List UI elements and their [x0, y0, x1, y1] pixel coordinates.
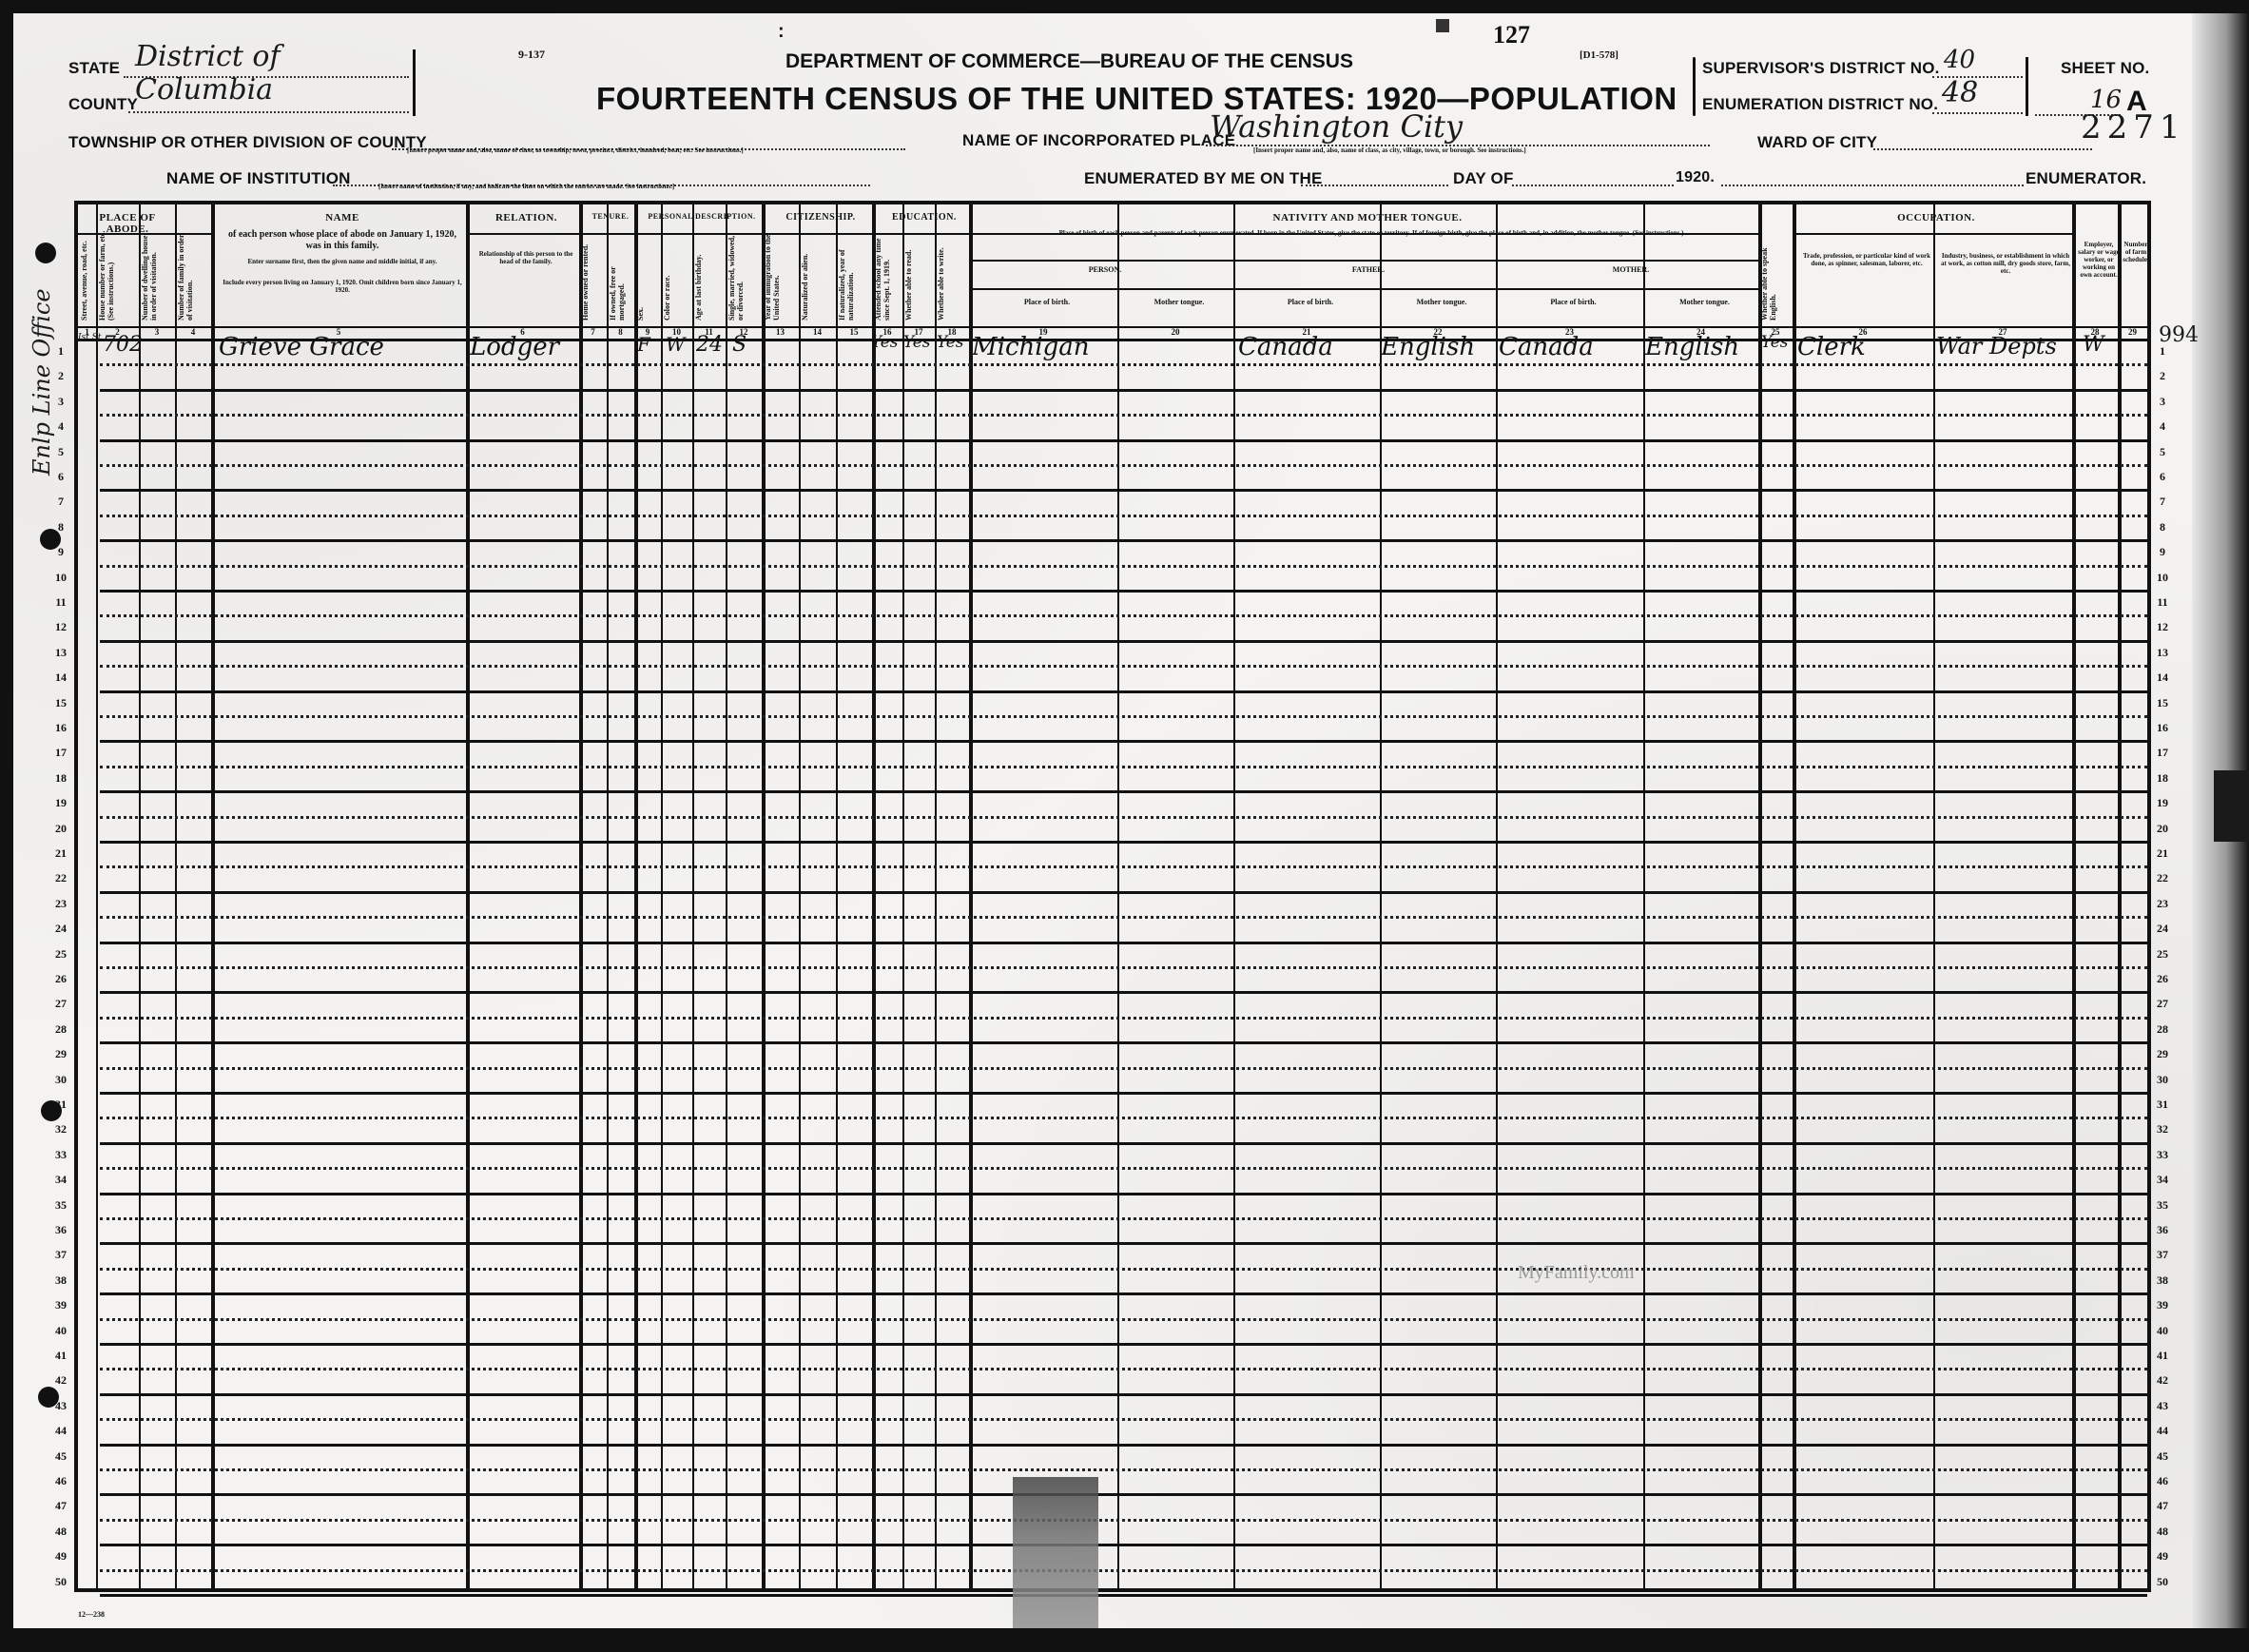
- line-number: 33: [2151, 1148, 2174, 1162]
- column-divider: [1496, 204, 1498, 1588]
- ward-label: WARD OF CITY: [1757, 133, 1877, 152]
- line-number: 11: [49, 595, 72, 610]
- row-divider: [583, 233, 1762, 235]
- line-number: 28: [49, 1022, 72, 1037]
- row-divider: [100, 1117, 2147, 1119]
- cell-able-to-read[interactable]: Yes: [903, 333, 931, 352]
- row-divider: [100, 1193, 2147, 1195]
- bracket: [413, 49, 416, 116]
- line-number: 41: [2151, 1349, 2174, 1363]
- line-number: 28: [2151, 1022, 2174, 1037]
- row-divider: [100, 590, 2147, 593]
- line-number: 49: [49, 1549, 72, 1564]
- line-number: 37: [2151, 1248, 2174, 1262]
- vertical-column-header: Whether able to read.: [904, 229, 933, 321]
- column-divider: [2072, 204, 2076, 1588]
- line-number: 41: [49, 1349, 72, 1363]
- vertical-column-header: Single, married, widowed, or divorced.: [727, 229, 760, 321]
- citizenship-heading: CITIZENSHIP.: [766, 212, 876, 223]
- line-number: 47: [2151, 1499, 2174, 1513]
- vertical-column-header: Year of immigration to the United States…: [764, 229, 797, 321]
- father-place-of-birth: Place of birth.: [1237, 298, 1384, 306]
- column-number: 15: [836, 327, 872, 337]
- column-divider: [836, 204, 838, 1588]
- line-number: 43: [2151, 1399, 2174, 1413]
- line-number: 37: [49, 1248, 72, 1262]
- line-number: 31: [2151, 1098, 2174, 1112]
- row-divider: [100, 841, 2147, 844]
- department-heading: DEPARTMENT OF COMMERCE—BUREAU OF THE CEN…: [785, 50, 1353, 73]
- column-divider: [902, 204, 904, 1588]
- column-number: 14: [799, 327, 836, 337]
- line-number: 40: [49, 1324, 72, 1338]
- scan-border-top: [0, 0, 2249, 13]
- watermark: MyFamily.com: [1518, 1262, 1635, 1284]
- occupation-industry-desc: Industry, business, or establishment in …: [1940, 252, 2071, 275]
- line-number: 23: [2151, 897, 2174, 911]
- cell-attended-school[interactable]: Yes: [871, 333, 899, 352]
- row-divider: [100, 1493, 2147, 1496]
- column-divider: [1117, 204, 1119, 1588]
- ward-field[interactable]: [1873, 135, 2092, 150]
- row-divider: [100, 464, 2147, 467]
- year-label: 1920.: [1676, 169, 1715, 186]
- column-divider: [2118, 204, 2122, 1588]
- line-number: 7: [49, 495, 72, 509]
- line-number: 18: [2151, 771, 2174, 786]
- line-number: 1: [2151, 344, 2174, 359]
- line-number: 45: [2151, 1449, 2174, 1464]
- line-number: 20: [2151, 822, 2174, 836]
- line-number: 48: [2151, 1525, 2174, 1539]
- line-number: 17: [2151, 746, 2174, 760]
- vertical-column-header: Attended school any time since Sept. 1, …: [874, 229, 901, 321]
- enumeration-value: 48: [1942, 76, 1978, 109]
- personal-description-heading: PERSONAL DESCRIPTION.: [638, 212, 766, 221]
- line-number: 19: [2151, 796, 2174, 810]
- line-number: 2: [2151, 369, 2174, 383]
- line-number: 11: [2151, 595, 2174, 610]
- page-stamp-number: 127: [1493, 21, 1530, 49]
- line-number: 14: [49, 671, 72, 685]
- column-divider: [139, 204, 141, 1588]
- line-number: 9: [2151, 545, 2174, 559]
- line-number: 15: [2151, 696, 2174, 710]
- line-number: 5: [2151, 445, 2174, 459]
- line-number: 25: [49, 947, 72, 962]
- line-number: 17: [49, 746, 72, 760]
- county-field[interactable]: [128, 95, 409, 113]
- enumerator-label: ENUMERATOR.: [2026, 169, 2146, 188]
- tenure-heading: TENURE.: [583, 212, 638, 221]
- column-number: 8: [607, 327, 634, 337]
- row-divider: [973, 288, 1762, 290]
- cell-sex[interactable]: F: [637, 333, 650, 356]
- paper-stamp-artifact: [1013, 1477, 1098, 1652]
- line-number: 32: [49, 1122, 72, 1137]
- line-number: 9: [49, 545, 72, 559]
- line-number: 38: [2151, 1273, 2174, 1288]
- row-divider: [100, 640, 2147, 643]
- occupation-heading: OCCUPATION.: [1796, 212, 2076, 224]
- line-number: 35: [49, 1198, 72, 1213]
- enumeration-label: ENUMERATION DISTRICT NO.: [1702, 95, 1938, 114]
- cell-relation[interactable]: Lodger: [470, 333, 559, 361]
- line-number: 13: [2151, 646, 2174, 660]
- bracket-left: [1693, 57, 1696, 116]
- sheet-label: SHEET NO.: [2061, 59, 2149, 78]
- township-label: TOWNSHIP OR OTHER DIVISION OF COUNTY: [68, 133, 427, 152]
- row-divider: [100, 942, 2147, 944]
- row-divider: [100, 539, 2147, 542]
- line-number: 2: [49, 369, 72, 383]
- line-number: 24: [49, 922, 72, 936]
- form-number: 9-137: [518, 48, 545, 62]
- line-number: 4: [2151, 419, 2174, 434]
- line-number: 27: [49, 997, 72, 1011]
- column-divider: [692, 204, 694, 1588]
- enumerated-day-field[interactable]: [1301, 171, 1448, 186]
- supervisor-label: SUPERVISOR'S DISTRICT NO.: [1702, 59, 1940, 78]
- person-mother-tongue: Mother tongue.: [1121, 298, 1237, 306]
- line-number: 38: [49, 1273, 72, 1288]
- row-divider: [100, 363, 2147, 366]
- column-divider: [1793, 204, 1796, 1588]
- line-number: 35: [2151, 1198, 2174, 1213]
- row-divider: [100, 1544, 2147, 1546]
- line-number: 4: [49, 419, 72, 434]
- line-number: 13: [49, 646, 72, 660]
- name-heading: NAME: [215, 212, 470, 224]
- cell-mother-mother-tongue[interactable]: English: [1645, 333, 1739, 361]
- form-title: FOURTEENTH CENSUS OF THE UNITED STATES: …: [596, 81, 1677, 117]
- supervisor-value: 40: [1944, 46, 1975, 74]
- row-divider: [100, 1368, 2147, 1370]
- cell-age[interactable]: 24: [696, 333, 723, 357]
- line-number: 25: [2151, 947, 2174, 962]
- stamp-mark: [1436, 19, 1449, 32]
- occupation-employer-desc: Employer, salary or wage worker, or work…: [2077, 241, 2121, 279]
- line-number: 39: [2151, 1298, 2174, 1312]
- row-divider: [100, 715, 2147, 718]
- handwritten-reference: 2271: [2081, 108, 2186, 146]
- line-number: 18: [49, 771, 72, 786]
- line-number: 43: [49, 1399, 72, 1413]
- line-number: 3: [2151, 395, 2174, 409]
- scan-border-left: [0, 0, 13, 1652]
- state-label: STATE: [68, 59, 120, 78]
- line-number: 47: [49, 1499, 72, 1513]
- row-divider: [100, 1393, 2147, 1396]
- row-divider: [100, 1594, 2147, 1597]
- row-divider: [100, 439, 2147, 442]
- row-divider: [100, 1067, 2147, 1070]
- column-divider: [935, 204, 937, 1588]
- cell-name[interactable]: Grieve Grace: [219, 333, 384, 361]
- line-number: 22: [49, 871, 72, 885]
- institution-note: [Insert name of institution, if any, and…: [378, 183, 873, 191]
- relation-description: Relationship of this person to the head …: [475, 250, 576, 265]
- row-divider: [100, 1167, 2147, 1170]
- incorporated-label: NAME OF INCORPORATED PLACE: [962, 131, 1235, 150]
- row-divider: [100, 816, 2147, 819]
- line-number: 10: [2151, 571, 2174, 585]
- name-description: of each person whose place of abode on J…: [221, 229, 464, 252]
- township-note: [Insert proper name and, also, name of c…: [407, 146, 921, 155]
- enumerated-month-field[interactable]: [1512, 171, 1674, 186]
- cell-father-birthplace[interactable]: Canada: [1238, 333, 1333, 361]
- enumeration-field[interactable]: 48: [1932, 91, 2023, 114]
- column-divider: [1233, 204, 1235, 1588]
- supervisor-field[interactable]: 40: [1932, 55, 2023, 78]
- line-number: 19: [49, 796, 72, 810]
- column-divider: [1758, 204, 1762, 1588]
- cell-industry[interactable]: War Depts: [1936, 333, 2057, 360]
- line-number: 10: [49, 571, 72, 585]
- row-divider: [100, 1444, 2147, 1447]
- row-divider: [100, 1017, 2147, 1020]
- line-number: 7: [2151, 495, 2174, 509]
- row-divider: [100, 966, 2147, 969]
- name-include-note: Include every person living on January 1…: [221, 279, 464, 294]
- line-number: 16: [2151, 721, 2174, 735]
- cell-mother-birthplace[interactable]: Canada: [1499, 333, 1594, 361]
- row-divider: [100, 1468, 2147, 1471]
- column-number: 4: [175, 327, 211, 337]
- line-number: 46: [49, 1474, 72, 1488]
- column-number: 7: [579, 327, 607, 337]
- row-divider: [100, 1217, 2147, 1220]
- line-number: 27: [2151, 997, 2174, 1011]
- row-divider: [100, 1318, 2147, 1321]
- row-divider: [100, 665, 2147, 668]
- row-divider: [470, 233, 583, 235]
- line-number: 42: [49, 1373, 72, 1388]
- line-number: 3: [49, 395, 72, 409]
- relation-heading: RELATION.: [470, 212, 583, 224]
- line-number: 31: [49, 1098, 72, 1112]
- line-number: 6: [2151, 470, 2174, 484]
- line-number: 40: [2151, 1324, 2174, 1338]
- column-divider: [726, 204, 727, 1588]
- row-divider: [100, 1242, 2147, 1245]
- vertical-column-header: Number of family in order of visitation.: [177, 229, 209, 321]
- column-number: 13: [762, 327, 799, 337]
- line-number: 21: [2151, 846, 2174, 861]
- line-number: 24: [2151, 922, 2174, 936]
- column-divider: [466, 204, 470, 1588]
- form-code: [D1-578]: [1580, 49, 1619, 61]
- vertical-column-header: Whether able to write.: [937, 229, 967, 321]
- line-number: 50: [49, 1575, 72, 1589]
- mother-heading: MOTHER.: [1500, 265, 1762, 274]
- row-divider: [100, 1041, 2147, 1044]
- row-divider: [100, 1142, 2147, 1145]
- person-place-of-birth: Place of birth.: [973, 298, 1121, 306]
- father-heading: FATHER.: [1237, 265, 1500, 274]
- row-divider: [100, 1343, 2147, 1346]
- column-divider: [175, 204, 177, 1588]
- footer-code: 12—238: [78, 1610, 105, 1619]
- line-number: 42: [2151, 1373, 2174, 1388]
- vertical-column-header: House number or farm, etc. (See instruct…: [98, 229, 137, 321]
- column-divider: [634, 204, 638, 1588]
- line-number: 44: [49, 1424, 72, 1438]
- line-number: 5: [49, 445, 72, 459]
- cell-speak-english[interactable]: Yes: [1761, 333, 1789, 352]
- row-divider: [100, 489, 2147, 492]
- column-divider: [1643, 204, 1645, 1588]
- row-divider: [100, 1292, 2147, 1295]
- line-number: 20: [49, 822, 72, 836]
- row-divider: [1796, 233, 2076, 235]
- row-divider: [100, 690, 2147, 693]
- row-divider: [100, 891, 2147, 894]
- vertical-column-header: Number of dwelling house in order of vis…: [141, 229, 173, 321]
- state-field[interactable]: District of Columbia: [124, 48, 409, 78]
- cell-trade[interactable]: Clerk: [1797, 333, 1866, 361]
- incorporated-field[interactable]: Washington City: [1206, 131, 1710, 146]
- row-divider: [100, 565, 2147, 568]
- row-divider: [100, 991, 2147, 994]
- column-divider: [969, 204, 973, 1588]
- column-divider: [1380, 204, 1382, 1588]
- line-number: 21: [49, 846, 72, 861]
- column-divider: [661, 204, 663, 1588]
- corner-mark: :: [778, 21, 785, 43]
- column-divider: [96, 204, 98, 1588]
- incorporated-value: Washington City: [1210, 108, 1463, 145]
- row-divider: [100, 740, 2147, 743]
- line-number: 26: [2151, 972, 2174, 986]
- vertical-column-header: Street, avenue, road, etc.: [80, 229, 94, 321]
- line-number: 15: [49, 696, 72, 710]
- line-number: 33: [49, 1148, 72, 1162]
- line-number: 30: [49, 1073, 72, 1087]
- line-number: 45: [49, 1449, 72, 1464]
- row-divider: [100, 1569, 2147, 1572]
- line-number: 44: [2151, 1424, 2174, 1438]
- line-number: 8: [2151, 520, 2174, 534]
- column-divider: [211, 204, 215, 1588]
- row-divider: [100, 766, 2147, 768]
- line-number: 12: [2151, 620, 2174, 634]
- row-divider: [100, 790, 2147, 793]
- line-number: 30: [2151, 1073, 2174, 1087]
- cell-street[interactable]: Ist St: [78, 333, 97, 342]
- line-number: 16: [49, 721, 72, 735]
- vertical-column-header: Color or race.: [663, 229, 690, 321]
- name-instruction: Enter surname first, then the given name…: [221, 258, 464, 265]
- tab-shadow: [2214, 770, 2249, 842]
- row-divider: [100, 515, 2147, 517]
- line-number: 6: [49, 470, 72, 484]
- row-divider: [100, 1268, 2147, 1271]
- column-divider: [607, 204, 609, 1588]
- vertical-column-header: If naturalized, year of naturalization.: [838, 229, 870, 321]
- cell-birthplace[interactable]: Michigan: [972, 333, 1089, 361]
- line-number: 48: [49, 1525, 72, 1539]
- line-number: 22: [2151, 871, 2174, 885]
- day-of-label: DAY OF: [1453, 169, 1514, 188]
- column-divider: [1933, 204, 1935, 1588]
- line-number: 32: [2151, 1122, 2174, 1137]
- row-divider: [100, 1418, 2147, 1421]
- row-divider: [100, 916, 2147, 919]
- column-divider: [762, 204, 766, 1588]
- row-divider: [100, 389, 2147, 392]
- mother-place-of-birth: Place of birth.: [1500, 298, 1647, 306]
- line-number: 34: [49, 1173, 72, 1187]
- person-heading: PERSON.: [973, 265, 1237, 274]
- line-number: 12: [49, 620, 72, 634]
- line-number: 26: [49, 972, 72, 986]
- binder-hole: [35, 243, 56, 263]
- line-number: 23: [49, 897, 72, 911]
- line-number: 49: [2151, 1549, 2174, 1564]
- column-divider: [872, 204, 876, 1588]
- cell-marital[interactable]: S: [732, 333, 746, 357]
- row-divider: [973, 260, 1762, 262]
- education-heading: EDUCATION.: [876, 212, 973, 223]
- cell-color[interactable]: W: [666, 333, 686, 356]
- row-divider: [100, 614, 2147, 617]
- line-number: 36: [2151, 1223, 2174, 1237]
- cell-father-tongue[interactable]: English: [1381, 333, 1475, 361]
- row-divider: [100, 1092, 2147, 1095]
- column-divider: [579, 204, 583, 1588]
- vertical-column-header: Sex.: [636, 229, 659, 321]
- line-number: 46: [2151, 1474, 2174, 1488]
- father-mother-tongue: Mother tongue.: [1384, 298, 1500, 306]
- farm-schedule-desc: Number of farm schedule.: [2123, 241, 2149, 263]
- line-number: 14: [2151, 671, 2174, 685]
- vertical-column-header: Home owned or rented.: [581, 229, 605, 321]
- line-number: 29: [2151, 1047, 2174, 1061]
- column-divider: [799, 204, 801, 1588]
- vertical-column-header: Age at last birthday.: [694, 229, 724, 321]
- column-number: 29: [2118, 327, 2147, 337]
- line-number: 29: [49, 1047, 72, 1061]
- cell-able-to-write[interactable]: Yes: [937, 333, 964, 352]
- occupation-trade-desc: Trade, profession, or particular kind of…: [1801, 252, 1932, 267]
- census-table: PLACE OF ABODE. NAME of each person whos…: [74, 201, 2151, 1592]
- cell-employer-class[interactable]: W: [2083, 333, 2104, 357]
- line-number: 50: [2151, 1575, 2174, 1589]
- incorporated-note: [Insert proper name and, also, name of c…: [1253, 146, 1729, 155]
- line-number: 8: [49, 520, 72, 534]
- line-number: 1: [49, 344, 72, 359]
- bracket-right: [2026, 57, 2028, 116]
- column-number: 20: [1117, 327, 1233, 337]
- line-number: 39: [49, 1298, 72, 1312]
- vertical-column-header: Naturalized or alien.: [801, 229, 834, 321]
- enumerated-label: ENUMERATED BY ME ON THE: [1084, 169, 1323, 188]
- line-number: 36: [49, 1223, 72, 1237]
- mother-mother-tongue: Mother tongue.: [1647, 298, 1762, 306]
- row-divider: [100, 1519, 2147, 1522]
- cell-house-number[interactable]: 702: [103, 333, 143, 357]
- line-number: 34: [2151, 1173, 2174, 1187]
- row-divider: [100, 865, 2147, 868]
- enumerator-name-field[interactable]: [1721, 171, 2024, 186]
- vertical-column-header: Whether able to speak English.: [1760, 229, 1791, 321]
- institution-label: NAME OF INSTITUTION: [166, 169, 351, 188]
- row-divider: [100, 414, 2147, 417]
- column-number: 3: [139, 327, 175, 337]
- scan-border-bottom: [0, 1628, 2249, 1652]
- vertical-column-header: If owned, free or mortgaged.: [609, 229, 632, 321]
